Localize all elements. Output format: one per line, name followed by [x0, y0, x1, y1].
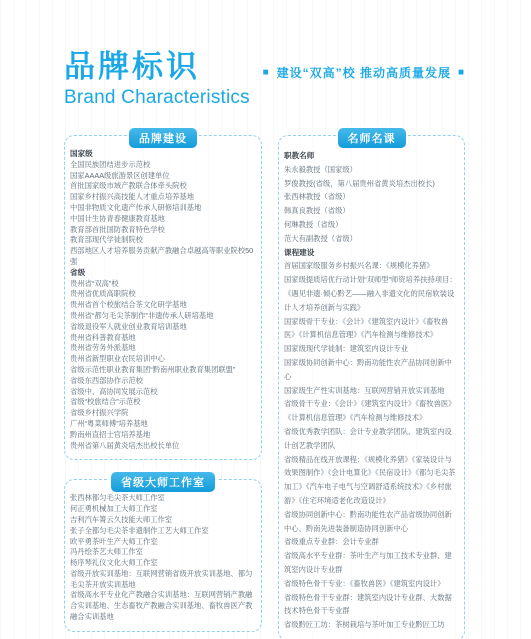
- list-item: 吉利汽车箐云久技能大师工作室: [70, 515, 256, 526]
- list-item: 张西林教授（省级）: [284, 190, 459, 204]
- list-item: 国家乡村振兴高技能人才重点培养基地: [70, 192, 256, 203]
- famous-teachers-list: 朱永毅教授（国家级）罗俊教授(省级，第八届贵州省黄炎培杰出校长)张西林教授（省级…: [284, 163, 459, 246]
- list-item: 省级协同创新中心：黔南功能性农产品省级协同创新中心、黔南先进装备制造协同创新中心: [284, 508, 459, 536]
- list-item: 范大有副教授（省级）: [284, 232, 459, 246]
- list-item: 省级乡村振兴学院: [70, 408, 256, 419]
- group-heading-teachers: 职教名师: [284, 149, 459, 163]
- list-item: 国家级骨干专业：《会计》《建筑室内设计》《畜牧兽医》《计算机信息管理》《汽车检测…: [284, 315, 459, 343]
- provincial-honors-list: 贵州省“双高”校贵州省优质高职院校贵州省首个校旅结合茶文化研学基地贵州省“都匀毛…: [70, 279, 256, 452]
- section-label-teachers-courses: 名师名课: [336, 126, 408, 150]
- national-honors-list: 全国民族团结进步示范校国家AAAA级旅游景区创建单位首批国家级市域产教联合体牵头…: [70, 160, 256, 268]
- list-item: 省级开放实训基地：互联网营销省级开放实训基地、都匀毛尖茶开放实训基地: [70, 569, 256, 591]
- list-item: 何正勇机械加工大师工作室: [70, 504, 256, 515]
- list-item: 广州“粤菜师傅”培养基地: [70, 419, 256, 430]
- list-item: 省级特色骨干专业群：建筑室内设计专业群、大数据技术特色骨干专业群: [284, 591, 459, 619]
- slogan-text: 建设“双高”校 推动高质量发展: [277, 64, 451, 81]
- list-item: 省级高水平专业群：茶叶生产与加工技术专业群、建筑室内设计专业群: [284, 549, 459, 577]
- list-item: 贵州省科普教育基地: [70, 333, 256, 344]
- group-heading-courses: 课程建设: [284, 246, 459, 260]
- list-item: 贵州省劳务外派基地: [70, 343, 256, 354]
- list-item: 杨序琴礼仪文化大师工作室: [70, 558, 256, 569]
- list-item: 国家级协同创新中心：黔南功能性农产品协同创新中心: [284, 356, 459, 384]
- group-heading-national: 国家级: [70, 149, 256, 160]
- list-item: 省级重点专业群：会计专业群: [284, 535, 459, 549]
- list-item: 贵州省“双高”校: [70, 279, 256, 290]
- list-item: 黔南州直招士官培养基地: [70, 430, 256, 441]
- list-item: 省级优秀教学团队：会计专业教学团队、建筑室内设计创艺教学团队: [284, 425, 459, 453]
- list-item: 张子全都匀毛尖茶非遗制作工艺大师工作室: [70, 526, 256, 537]
- section-label-brand-building: 品牌建设: [127, 126, 199, 150]
- list-item: 韩真良教授（省级）: [284, 204, 459, 218]
- list-item: 罗俊教授(省级，第八届贵州省黄炎培杰出校长): [284, 177, 459, 191]
- list-item: 贵州省第八届黄炎培杰出校长单位: [70, 441, 256, 452]
- right-column: 名师名课 职教名师 朱永毅教授（国家级）罗俊教授(省级，第八届贵州省黄炎培杰出校…: [278, 135, 465, 639]
- slogan-banner: ■ 建设“双高”校 推动高质量发展 ■: [263, 64, 465, 81]
- section-brand-building: 品牌建设 国家级 全国民族团结进步示范校国家AAAA级旅游景区创建单位首批国家级…: [64, 135, 262, 460]
- list-item: 省级中、高协同发展示范校: [70, 387, 256, 398]
- master-studios-list: 张西林都匀毛尖茶大师工作室何正勇机械加工大师工作室吉利汽车箐云久技能大师工作室张…: [70, 493, 256, 623]
- list-item: 冯丹绘茶艺大师工作室: [70, 547, 256, 558]
- section-label-master-studios: 省级大师工作室: [109, 470, 217, 494]
- list-item: 首届国家级服务乡村振兴名课：《规模化养猪》: [284, 259, 459, 273]
- list-item: 省级退役军人就业创业教育培训基地: [70, 322, 256, 333]
- list-item: 省级特色骨干专业：《畜牧兽医》《建筑室内设计》: [284, 577, 459, 591]
- content-columns: 品牌建设 国家级 全国民族团结进步示范校国家AAAA级旅游景区创建单位首批国家级…: [64, 135, 531, 639]
- section-master-studios: 省级大师工作室 张西林都匀毛尖茶大师工作室何正勇机械加工大师工作室吉利汽车箐云久…: [64, 479, 262, 632]
- left-column: 品牌建设 国家级 全国民族团结进步示范校国家AAAA级旅游景区创建单位首批国家级…: [64, 135, 262, 632]
- list-item: 张西林都匀毛尖茶大师工作室: [70, 493, 256, 504]
- list-item: 朱永毅教授（国家级）: [284, 163, 459, 177]
- section-teachers-courses: 名师名课 职教名师 朱永毅教授（国家级）罗俊教授(省级，第八届贵州省黄炎培杰出校…: [278, 135, 465, 639]
- list-item: 贵州省新型职业农民培训中心: [70, 354, 256, 365]
- course-building-list: 首届国家级服务乡村振兴名课：《规模化养猪》国家级提质培优行动计划“双师型”师资培…: [284, 259, 459, 632]
- list-item: 教育部首批国防教育特色学校: [70, 225, 256, 236]
- group-heading-provincial: 省级: [70, 268, 256, 279]
- list-item: 省级高水平专业化产教融合实训基地：互联网营销产教融合实训基地、生态畜牧产教融合实…: [70, 590, 256, 622]
- list-item: 首批国家级市域产教联合体牵头院校: [70, 181, 256, 192]
- page-subtitle: Brand Characteristics: [64, 87, 531, 109]
- list-item: 贵州省优质高职院校: [70, 289, 256, 300]
- list-item: 中国非物质文化遗产传承人研修培训基地: [70, 203, 256, 214]
- list-item: 省级黔匠工坊：茶树栽培与茶叶加工专业黔匠工坊: [284, 618, 459, 632]
- list-item: 全国民族团结进步示范校: [70, 160, 256, 171]
- list-item: 省级“校旅结合”示范校: [70, 397, 256, 408]
- list-item: 省级骨干专业：《会计》《建筑室内设计》《畜牧兽医》《计算机信息管理》《汽车检测与…: [284, 397, 459, 425]
- list-item: 国家级现代学徒制：建筑室内设计专业: [284, 342, 459, 356]
- list-item: 欧平勇茶叶生产大师工作室: [70, 537, 256, 548]
- list-item: 国家级生产性实训基地：互联网营销开放实训基地: [284, 384, 459, 398]
- list-item: 贵州省首个校旅结合茶文化研学基地: [70, 300, 256, 311]
- list-item: 何琳教授（省级）: [284, 218, 459, 232]
- list-item: 教育部现代学徒制院校: [70, 235, 256, 246]
- list-item: 贵州省“都匀毛尖茶制作”非遗传承人研培基地: [70, 311, 256, 322]
- list-item: 省级精品在线开放课程：《规模化养猪》《家装设计与效果图制作》《会计电算化》《民宿…: [284, 453, 459, 508]
- list-item: 国家AAAA级旅游景区创建单位: [70, 171, 256, 182]
- list-item: 省级示范性职业教育集团“黔南州职业教育集团联盟”: [70, 365, 256, 376]
- list-item: 国家级提质培优行动计划“双师型”师资培养扶持项目：《遇见非遗·倾心黔艺——融入非…: [284, 273, 459, 314]
- list-item: 西部地区人才培养服务贡献产教融合卓越高等职业院校50强: [70, 246, 256, 268]
- list-item: 中国计生协青春健康教育基地: [70, 214, 256, 225]
- slogan-square-right-icon: ■: [458, 68, 465, 78]
- slogan-square-left-icon: ■: [263, 68, 270, 78]
- list-item: 省级东西部协作示范校: [70, 376, 256, 387]
